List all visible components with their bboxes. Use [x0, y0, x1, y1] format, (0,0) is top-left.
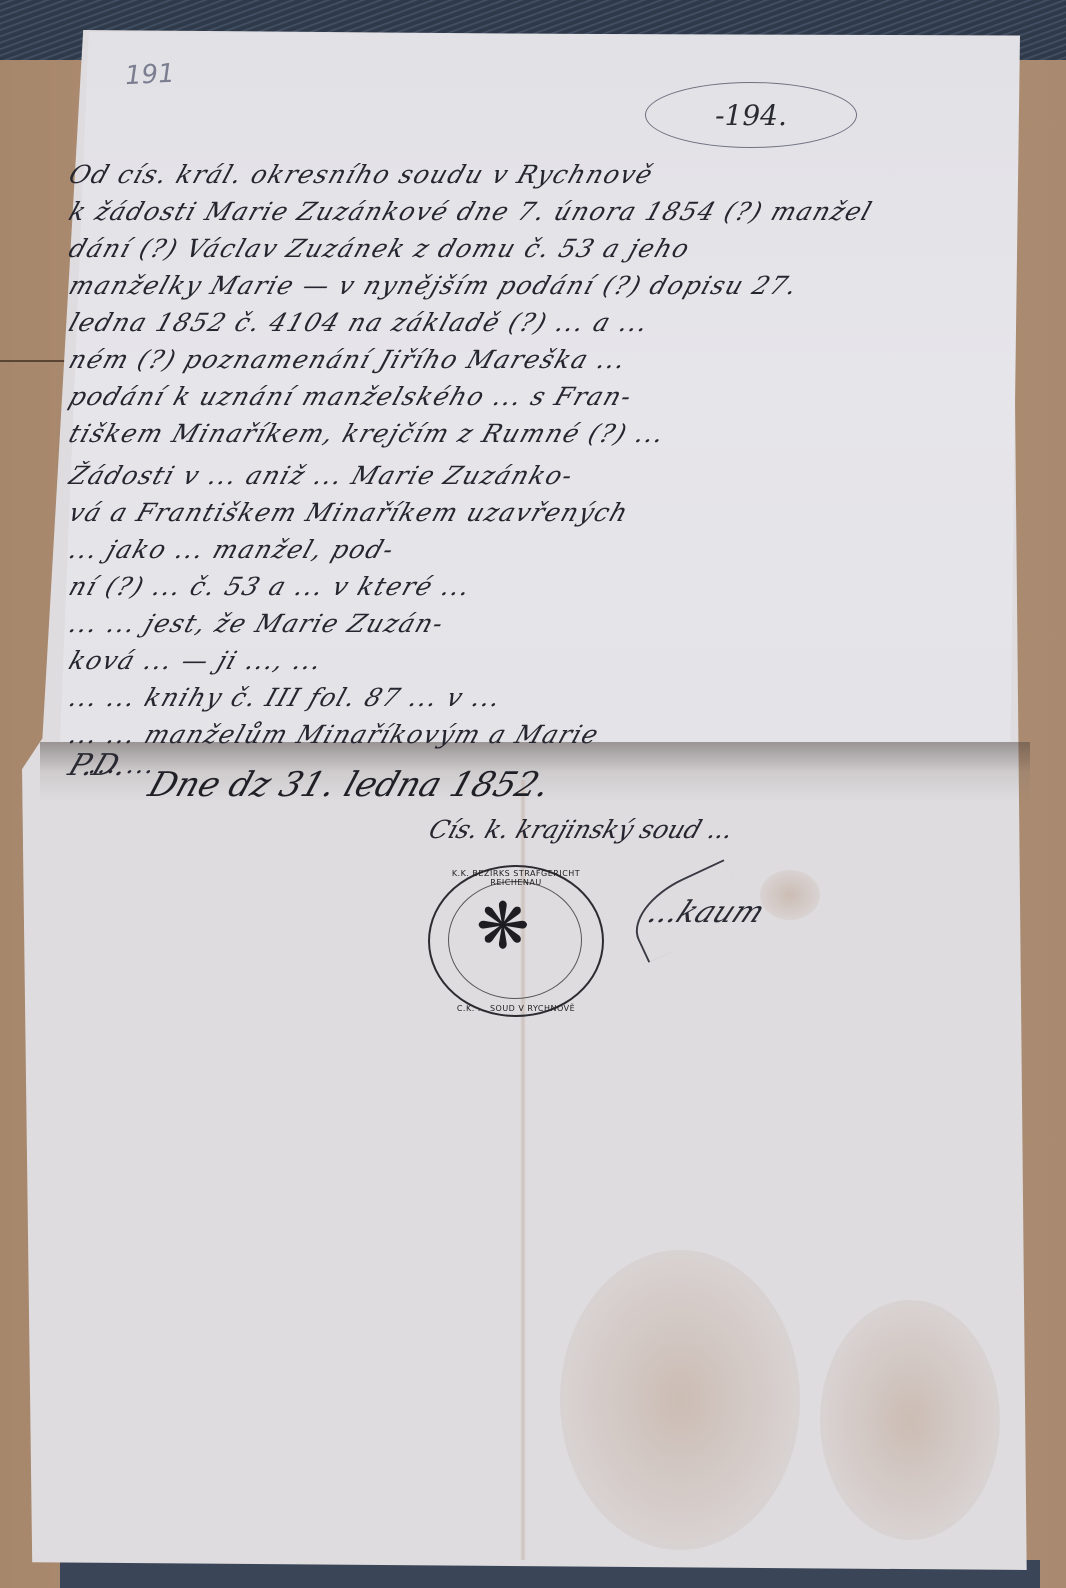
court-closing: Cís. k. krajinský soud ... [425, 815, 737, 844]
text-line: Žádosti v ... aniž ... Marie Zuzánko- [65, 461, 1004, 490]
text-line: ném (?) poznamenání Jiřího Mareška ... [65, 345, 1004, 374]
text-line: tiškem Minaříkem, krejčím z Rumné (?) ..… [65, 419, 1004, 448]
text-line: podání k uznání manželského ... s Fran- [65, 382, 1004, 411]
text-line: dání (?) Václav Zuzánek z domu č. 53 a j… [65, 234, 1004, 263]
cardboard-seam [0, 360, 75, 362]
text-line: ní (?) ... č. 53 a ... v které ... [65, 572, 1004, 601]
text-line: ... ... jest, že Marie Zuzán- [65, 609, 1004, 638]
double-headed-eagle-icon: ❋ [476, 895, 530, 959]
signature: ...kaum [642, 895, 771, 930]
document-text: 191 -194. Od cís. král. okresního soudu … [70, 60, 1030, 1560]
text-line: Od cís. král. okresního soudu v Rychnově [65, 160, 1004, 189]
official-seal: K.K. BEZIRKS STRAFGERICHT REICHENAU ❋ C.… [428, 865, 604, 1017]
text-line: ková ... — ji ..., ... [65, 646, 1004, 675]
text-line: ... jako ... manžel, pod- [65, 535, 1004, 564]
text-line: k žádosti Marie Zuzánkové dne 7. února 1… [65, 197, 1004, 226]
text-line: ledna 1852 č. 4104 na základě (?) ... a … [65, 308, 1004, 337]
text-line: ... ... manželům Minaříkovým a Marie [65, 720, 1004, 749]
archive-number: 191 [124, 59, 175, 92]
seal-text-top: K.K. BEZIRKS STRAFGERICHT REICHENAU [430, 869, 602, 887]
text-line: vá a Františkem Minaříkem uzavřených [65, 498, 1004, 527]
date-line: Dne dz 31. ledna 1852. [144, 765, 556, 805]
text-line: ... ... knihy č. III fol. 87 ... v ... [65, 683, 1004, 712]
text-line: manželky Marie — v nynějším podání (?) d… [65, 271, 1004, 300]
folio-number: -194. [715, 99, 787, 132]
folio-stamp: -194. [645, 82, 857, 148]
seal-text-bottom: C.K. ... SOUD V RYCHNOVĚ [430, 1004, 602, 1013]
